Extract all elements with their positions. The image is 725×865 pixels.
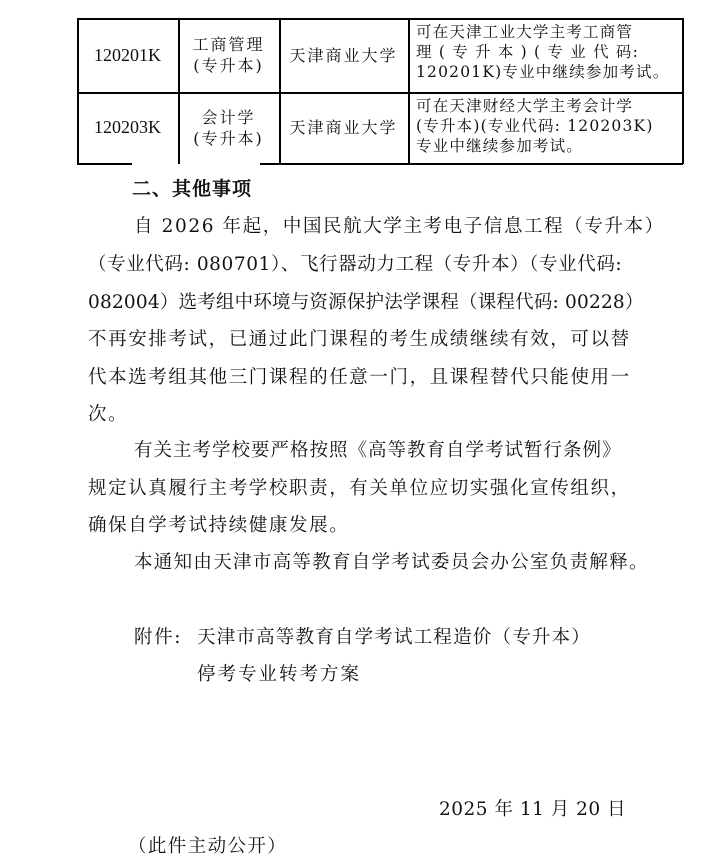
major-name: 会计学 <box>201 107 255 128</box>
document-page: 120201K 工商管理 (专升本) 天津商业大学 可在天津工业大学主考工商管 … <box>0 0 725 865</box>
note-line: 理 ( 专 升 本 ) ( 专 业 代 码: <box>416 42 669 62</box>
note-line: (专升本)(专业代码: 120203K) <box>416 116 654 136</box>
table-cell-school: 天津商业大学 <box>279 92 408 163</box>
paragraph-2-line: 规定认真履行主考学校职责，有关单位应切实强化宣传组织， <box>88 474 631 500</box>
paragraph-1-line: （专业代码: 080701）、飞行器动力工程（专升本）（专业代码: <box>88 250 622 276</box>
paragraph-1-line: 自 2026 年起，中国民航大学主考电子信息工程（专升本） <box>134 212 665 238</box>
table-cell-note: 可在天津工业大学主考工商管 理 ( 专 升 本 ) ( 专 业 代 码: 120… <box>408 18 682 92</box>
major-name: 工商管理 <box>192 34 264 55</box>
table-border-right <box>682 18 684 164</box>
table-cell-code: 120201K <box>77 18 178 92</box>
note-line: 专业中继续参加考试。 <box>416 136 654 156</box>
table-cell-note: 可在天津财经大学主考会计学 (专升本)(专业代码: 120203K) 专业中继续… <box>408 92 682 163</box>
issue-date: 2025 年 11 月 20 日 <box>439 795 626 821</box>
major-transfer-table: 120201K 工商管理 (专升本) 天津商业大学 可在天津工业大学主考工商管 … <box>77 18 683 163</box>
note-line: 可在天津工业大学主考工商管 <box>416 22 669 42</box>
attachment-title-line2[interactable]: 停考专业转考方案 <box>197 660 361 686</box>
attachment-label: 附件: <box>134 623 182 649</box>
paragraph-2-line: 有关主考学校要严格按照《高等教育自学考试暂行条例》 <box>134 436 622 462</box>
table-border-bottom-right <box>260 163 683 165</box>
note-line: 可在天津财经大学主考会计学 <box>416 96 654 116</box>
note-line: 120201K)专业中继续参加考试。 <box>416 62 669 82</box>
paragraph-1-line: 082004）选考组中环境与资源保护法学课程（课程代码: 00228） <box>88 288 644 314</box>
table-cell-code: 120203K <box>77 92 178 163</box>
major-level: (专升本) <box>193 55 264 76</box>
paragraph-1-line: 不再安排考试，已通过此门课程的考生成绩继续有效，可以替 <box>88 325 631 351</box>
table-cell-school: 天津商业大学 <box>279 18 408 92</box>
paragraph-1-line: 代本选考组其他三门课程的任意一门，且课程替代只能使用一 <box>88 363 631 389</box>
paragraph-3-line: 本通知由天津市高等教育自学考试委员会办公室负责解释。 <box>134 548 649 574</box>
paragraph-1-line: 次。 <box>88 400 128 426</box>
section-heading: 二、其他事项 <box>132 174 252 201</box>
table-cell-major: 会计学 (专升本) <box>178 92 279 163</box>
table-cell-major: 工商管理 (专升本) <box>178 18 279 92</box>
table-border-bottom-left <box>77 163 132 165</box>
paragraph-2-line: 确保自学考试持续健康发展。 <box>88 511 349 537</box>
disclosure-note: （此件主动公开） <box>128 832 287 858</box>
major-level: (专升本) <box>193 128 264 149</box>
attachment-title-line1[interactable]: 天津市高等教育自学考试工程造价（专升本） <box>197 623 591 649</box>
